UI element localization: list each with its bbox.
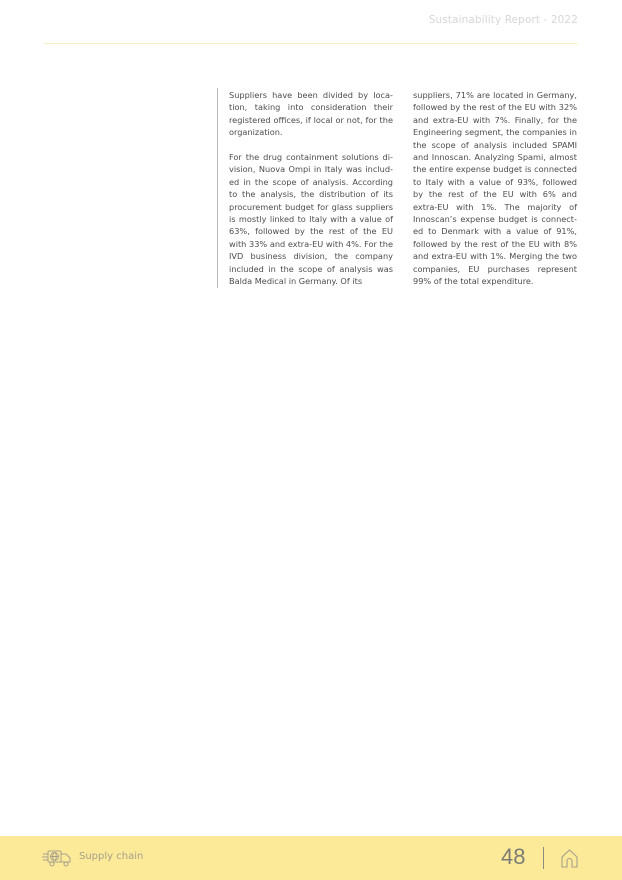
footer-separator (543, 847, 544, 869)
page-footer: Supply chain 48 (0, 836, 622, 880)
home-icon[interactable] (561, 849, 578, 868)
paragraph: For the drug containment solutions di­vi… (229, 151, 393, 287)
section-label[interactable]: Supply chain (79, 851, 143, 862)
page-number: 48 (501, 844, 525, 870)
text-column-left: Suppliers have been divided by loca­tion… (229, 89, 393, 300)
report-title: Sustainability Report - 2022 (429, 14, 578, 26)
text-column-right: suppliers, 71% are located in Germa­ny, … (413, 89, 577, 300)
header-divider (44, 43, 578, 44)
column-accent-bar (217, 88, 218, 288)
paragraph: Suppliers have been divided by loca­tion… (229, 89, 393, 139)
paragraph: suppliers, 71% are located in Germa­ny, … (413, 89, 577, 288)
delivery-truck-globe-icon (42, 849, 72, 867)
